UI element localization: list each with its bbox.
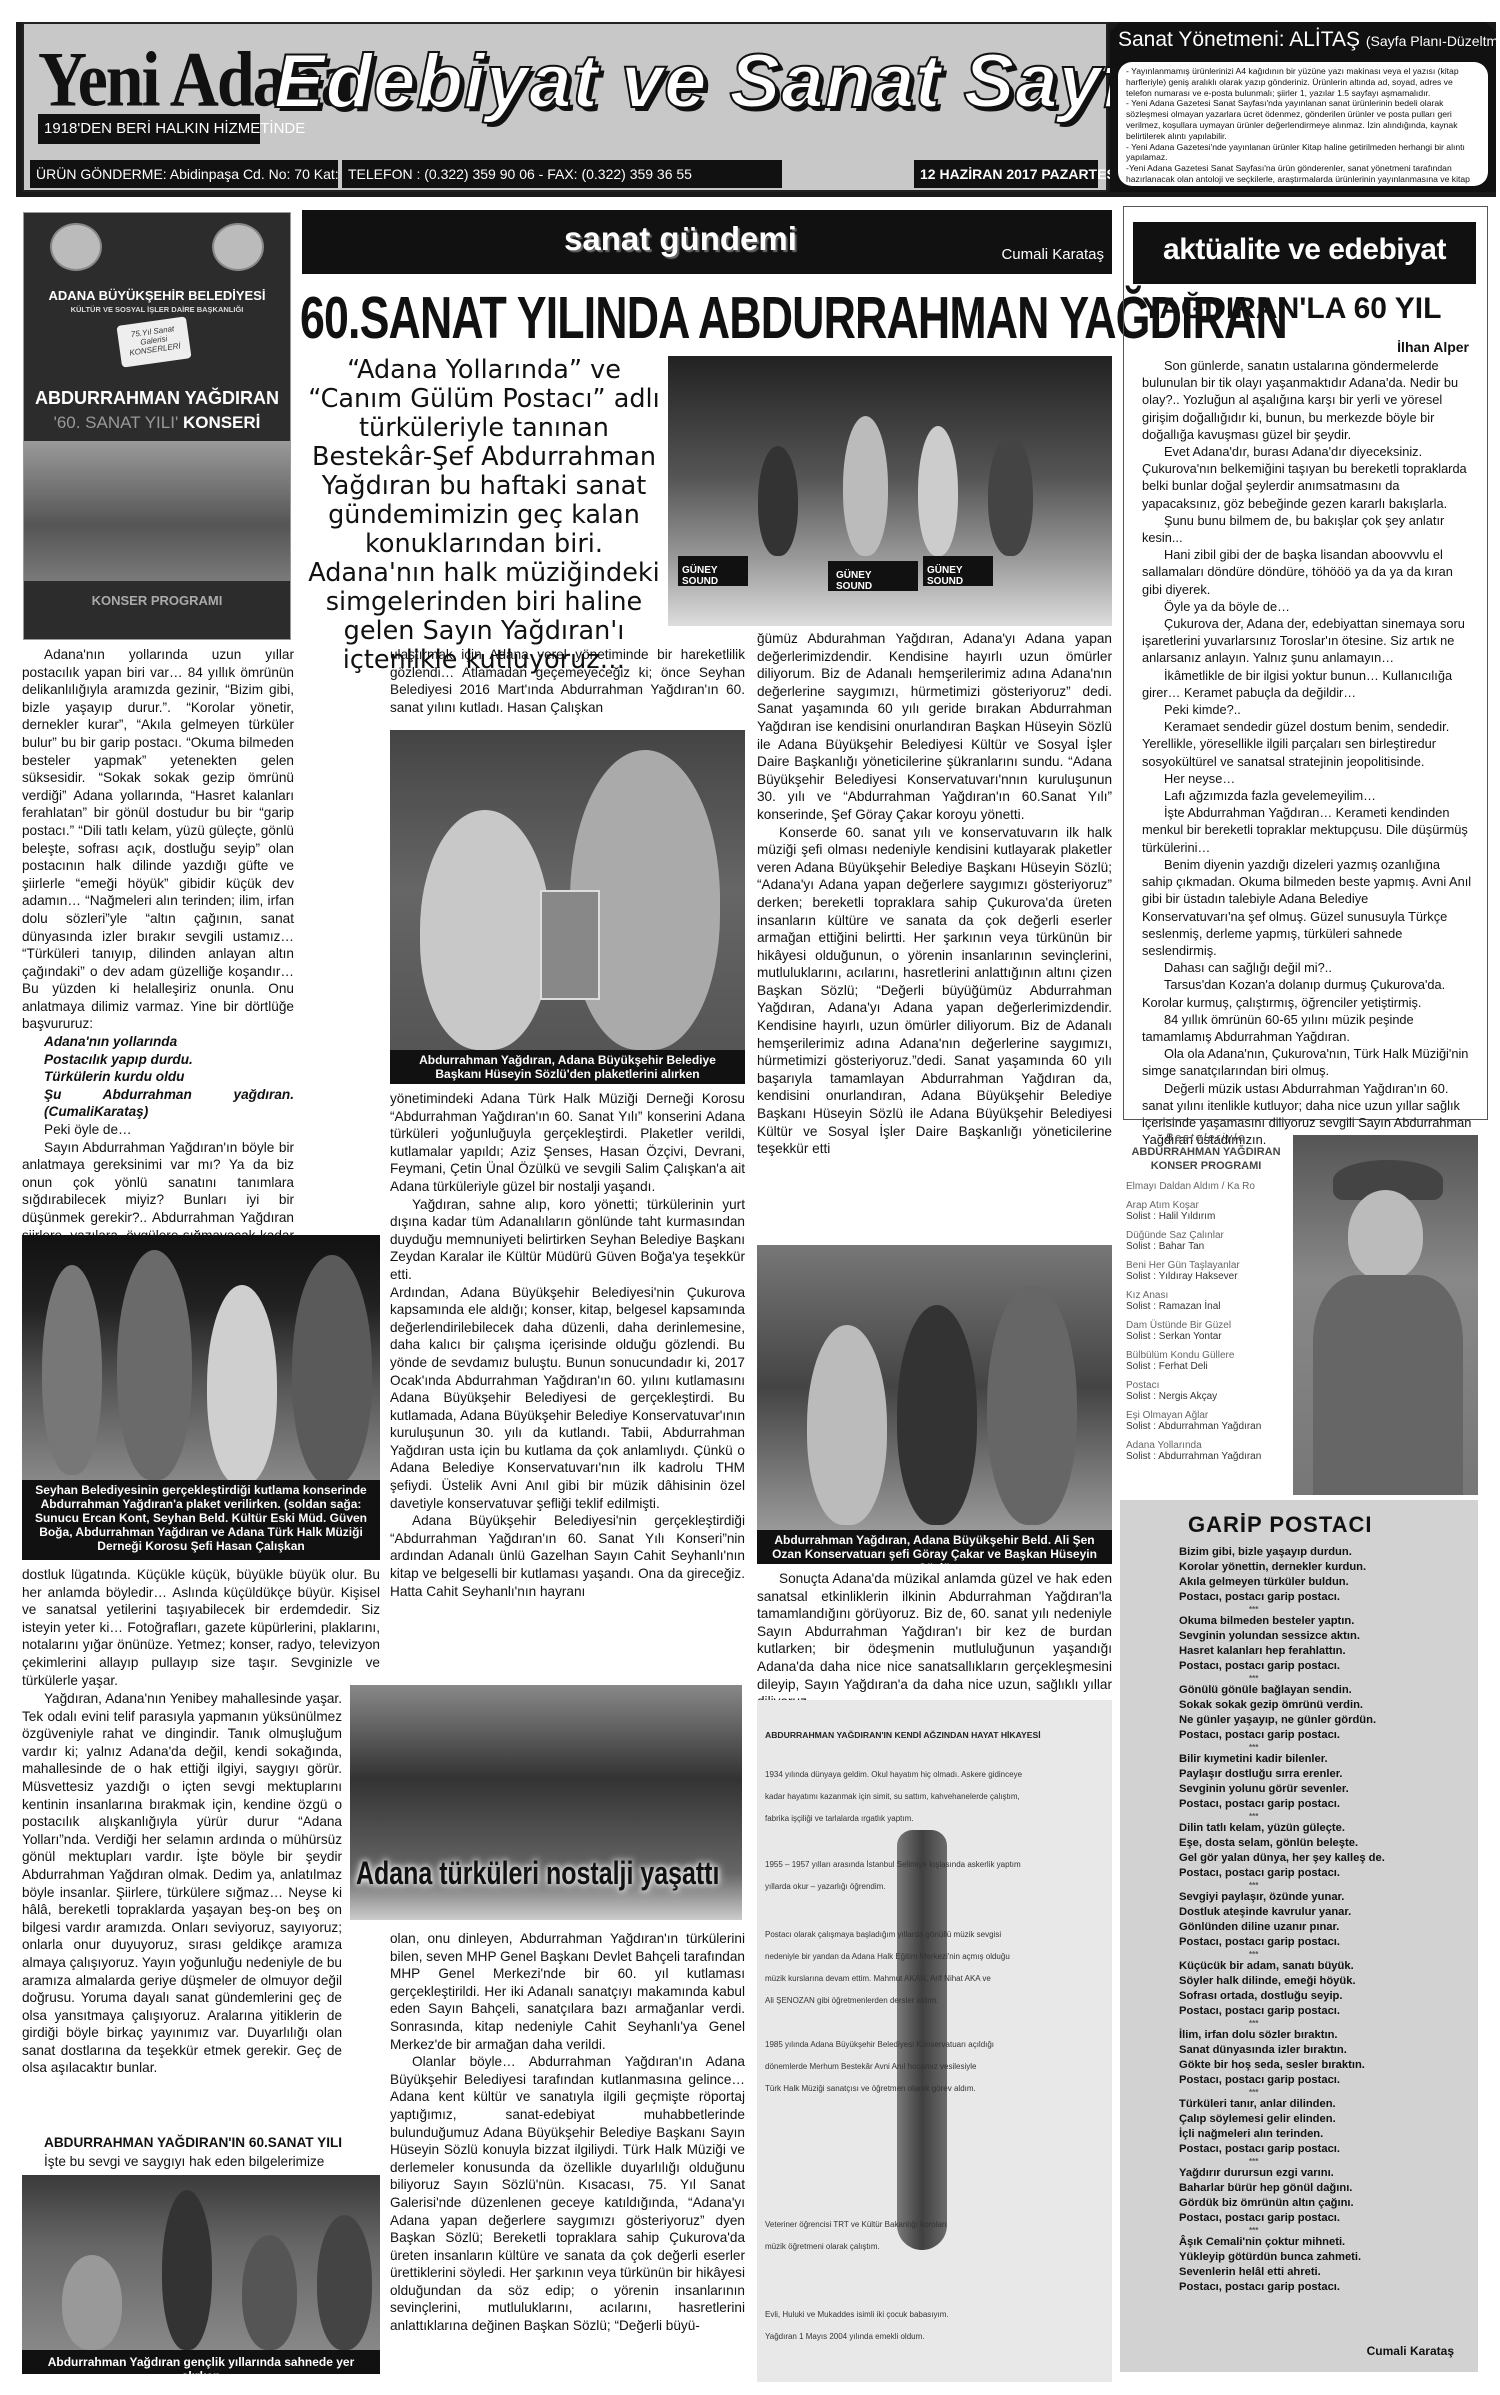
art-director-heading: Sanat Yönetmeni: ALİTAŞ (Sayfa Planı-Düz… bbox=[1110, 22, 1496, 58]
column-3-text-end: Sonuçta Adana'da müzikal anlamda güzel v… bbox=[757, 1570, 1112, 1711]
life-story-document-image: ABDURRAHMAN YAĞDIRAN'IN KENDİ AĞZINDAN H… bbox=[757, 1700, 1112, 2382]
plaque-ceremony-photo bbox=[390, 730, 745, 1050]
poem-line: Sanat dünyasında izler bıraktın. bbox=[1179, 2043, 1469, 2058]
municipality-seal-icon bbox=[212, 223, 264, 271]
poem-line: Sokak sokak gezip ömrünü verdin. bbox=[1179, 1698, 1469, 1713]
poem-line: Küçücük bir adam, sanatı büyük. bbox=[1179, 1959, 1469, 1974]
poem-line: Gökte bir hoş seda, sesler bıraktın. bbox=[1179, 2058, 1469, 2073]
postman-portrait-photo bbox=[1293, 1135, 1478, 1495]
poem-line: Korolar yönettin, dernekler kurdun. bbox=[1179, 1560, 1469, 1575]
art-director-panel: Sanat Yönetmeni: ALİTAŞ (Sayfa Planı-Düz… bbox=[1110, 22, 1496, 192]
poem-line: Türküleri tanır, anlar dilinden. bbox=[1179, 2097, 1469, 2112]
aktualite-box: aktüalite ve edebiyat YAĞDIRAN'LA 60 YIL… bbox=[1123, 206, 1488, 1120]
poem-line: Okuma bilmeden besteler yaptın. bbox=[1179, 1614, 1469, 1629]
poem-line: Eşe, dosta selam, gönlün beleşte. bbox=[1179, 1836, 1469, 1851]
column-2-text-cont: yönetimindeki Adana Türk Halk Müziği Der… bbox=[390, 1090, 745, 1600]
section-banner-sanat-gundemi: sanat gündemi Cumali Karataş bbox=[302, 210, 1112, 274]
poem-title: GARİP POSTACI bbox=[1188, 1512, 1373, 1538]
poem-line: Yükleyip götürdün bunca zahmeti. bbox=[1179, 2250, 1469, 2265]
concert-stage-photo: GÜNEY SOUND GÜNEY SOUND GÜNEY SOUND bbox=[668, 356, 1112, 626]
poster-org: ADANA BÜYÜKŞEHİR BELEDİYESİ bbox=[24, 288, 290, 303]
award-photo-caption: Abdurrahman Yağdıran, Adana Büyükşehir B… bbox=[757, 1530, 1112, 1564]
column-1-text-cont: dostluk lügatında. Küçükle küçük, büyükl… bbox=[22, 1566, 380, 1689]
poem-line: Sofrası ortada, dostluğu seyip. bbox=[1179, 1989, 1469, 2004]
page-title: Edebiyat ve Sanat Sayfası bbox=[274, 38, 1237, 125]
poem-body: Bizim gibi, bizle yaşayıp durdun.Korolar… bbox=[1179, 1545, 1469, 2296]
plaque-icon bbox=[540, 890, 600, 1000]
poem-line: Postacı, postacı garip postacı. bbox=[1179, 1797, 1469, 1812]
poem-line: Baharlar bürür hep gönül dağını. bbox=[1179, 2181, 1469, 2196]
poem-line: Gönlünden diline uzanır pınar. bbox=[1179, 1920, 1469, 1935]
concert-program: Besteleriyle ABDURRAHMAN YAĞDIRAN KONSER… bbox=[1126, 1131, 1286, 1462]
poem-line: İçli nağmeleri alın terinden. bbox=[1179, 2127, 1469, 2142]
poem-line: Gel gör yalan dünya, her şey kalleş de. bbox=[1179, 1851, 1469, 1866]
column-1-last-line: İşte bu sevgi ve saygıyı hak eden bilgel… bbox=[44, 2153, 380, 2171]
concert-poster-image: ADANA BÜYÜKŞEHİR BELEDİYESİ KÜLTÜR VE SO… bbox=[23, 212, 291, 640]
speaker-sign: GÜNEY SOUND bbox=[828, 561, 918, 591]
main-headline: 60.SANAT YILINDA ABDURRAHMAN YAĞDIRAN bbox=[300, 284, 1005, 353]
column-1-subhead: ABDURRAHMAN YAĞDIRAN'IN 60.SANAT YILI bbox=[44, 2135, 380, 2150]
poem-line: Ne günler yaşayıp, ne günler gördün. bbox=[1179, 1713, 1469, 1728]
poem-line: Postacı, postacı garip postacı. bbox=[1179, 1935, 1469, 1950]
poem-line: Paylaşır dostluğu sırra erenler. bbox=[1179, 1767, 1469, 1782]
poem-line: Çalıp söylemesi gelir elinden. bbox=[1179, 2112, 1469, 2127]
poem-line: Postacı, postacı garip postacı. bbox=[1179, 1590, 1469, 1605]
masthead-panel: Yeni Adana 1918'DEN BERİ HALKIN HİZMETİN… bbox=[22, 22, 1108, 192]
masthead: Yeni Adana 1918'DEN BERİ HALKIN HİZMETİN… bbox=[16, 22, 1500, 200]
poem-line: Sevgiyi paylaşır, özünde yunar. bbox=[1179, 1890, 1469, 1905]
seyhan-photo-caption: Seyhan Belediyesinin gerçekleştirdiği ku… bbox=[22, 1480, 380, 1560]
poem-line: Postacı, postacı garip postacı. bbox=[1179, 1728, 1469, 1743]
poem-line: Postacı, postacı garip postacı. bbox=[1179, 2004, 1469, 2019]
group-photo: Adana türküleri nostalji yaşattı bbox=[350, 1685, 742, 1920]
column-1-text-cont-2: Yağdıran, Adana'nın Yenibey mahallesinde… bbox=[22, 1690, 342, 2077]
poem-line: Postacı, postacı garip postacı. bbox=[1179, 1866, 1469, 1881]
speaker-sign: GÜNEY SOUND bbox=[923, 556, 993, 586]
poster-stage-photo bbox=[24, 441, 290, 581]
municipality-seal-icon bbox=[50, 223, 102, 271]
banner-headline: Adana türküleri nostalji yaşattı bbox=[356, 1855, 719, 1892]
submission-rules: - Yayınlanmamış ürünlerinizi A4 kağıdını… bbox=[1118, 62, 1488, 186]
poem-line: Âşık Cemali'nin çoktur mihneti. bbox=[1179, 2235, 1469, 2250]
column-2-text-end: olan, onu dinleyen, Abdurrahman Yağdıran… bbox=[390, 1930, 745, 2335]
poem-line: Yağdırır durursun ezgi varını. bbox=[1179, 2166, 1469, 2181]
article-body: Son günlerde, sanatın ustalarına gönderm… bbox=[1142, 357, 1472, 1148]
poem-line: Hasret kalanları hep ferahlattın. bbox=[1179, 1644, 1469, 1659]
phone-fax: TELEFON : (0.322) 359 90 06 - FAX: (0.32… bbox=[342, 160, 782, 188]
poem-line: Gönülü gönüle bağlayan sendin. bbox=[1179, 1683, 1469, 1698]
quoted-verse: Adana'nın yollarında Postacılık yapıp du… bbox=[22, 1033, 294, 1121]
article-title: YAĞDIRAN'LA 60 YIL bbox=[1142, 292, 1441, 326]
poem-line: Sevginin yolundan sessizce aktın. bbox=[1179, 1629, 1469, 1644]
section-title: sanat gündemi bbox=[564, 220, 797, 258]
poem-line: Gördük biz ömrünün altın çağını. bbox=[1179, 2196, 1469, 2211]
poem-line: İlim, irfan dolu sözler bıraktın. bbox=[1179, 2028, 1469, 2043]
poem-line: Sevginin yolunu görür sevenler. bbox=[1179, 1782, 1469, 1797]
poem-line: Postacı, postacı garip postacı. bbox=[1179, 2142, 1469, 2157]
poem-line: Postacı, postacı garip postacı. bbox=[1179, 2211, 1469, 2226]
award-photo bbox=[757, 1245, 1112, 1530]
seyhan-ceremony-photo bbox=[22, 1235, 380, 1480]
poster-program-label: KONSER PROGRAMI bbox=[24, 593, 290, 608]
plaque-photo-caption: Abdurrahman Yağdıran, Adana Büyükşehir B… bbox=[390, 1050, 745, 1084]
poem-garip-postaci: GARİP POSTACI Bizim gibi, bizle yaşayıp … bbox=[1120, 1500, 1478, 2372]
article-author: İlhan Alper bbox=[1397, 339, 1469, 355]
youth-stage-photo bbox=[22, 2175, 380, 2350]
poem-author: Cumali Karataş bbox=[1367, 2344, 1454, 2358]
section-banner-aktualite: aktüalite ve edebiyat bbox=[1133, 222, 1476, 284]
youth-photo-caption: Abdurrahman Yağdıran gençlik yıllarında … bbox=[22, 2350, 380, 2374]
poster-org-sub: KÜLTÜR VE SOSYAL İŞLER DAİRE BAŞKANLIĞI bbox=[24, 305, 290, 314]
poem-line: Bilir kıymetini kadir bilenler. bbox=[1179, 1752, 1469, 1767]
column-2-text: ulaştırmak için Adana yerel yönetiminde … bbox=[390, 646, 745, 716]
column-3-text: ğümüz Abdurahman Yağdıran, Adana'yı Adan… bbox=[757, 630, 1112, 1158]
poem-line: Akıla gelmeyen türküler buldun. bbox=[1179, 1575, 1469, 1590]
ribbon-badge: 75.Yıl Sanat Galerisi KONSERLERİ bbox=[116, 316, 191, 367]
document-title: ABDURRAHMAN YAĞDIRAN'IN KENDİ AĞZINDAN H… bbox=[765, 1730, 1041, 1740]
poem-line: Dilin tatlı kelam, yüzün güleçte. bbox=[1179, 1821, 1469, 1836]
article-deck: “Adana Yollarında” ve “Canım Gülüm Posta… bbox=[303, 356, 665, 675]
poster-konser: '60. SANAT YILI' KONSERİ bbox=[24, 413, 290, 433]
poem-line: Postacı, postacı garip postacı. bbox=[1179, 2280, 1469, 2295]
poem-line: Sevenlerin helâl etti ahreti. bbox=[1179, 2265, 1469, 2280]
poem-line: Dostluk ateşinde kavrulur yanar. bbox=[1179, 1905, 1469, 1920]
poster-name: ABDURRAHMAN YAĞDIRAN bbox=[24, 388, 290, 409]
poem-line: Söyler halk dilinde, emeği höyük. bbox=[1179, 1974, 1469, 1989]
poem-line: Postacı, postacı garip postacı. bbox=[1179, 1659, 1469, 1674]
poem-line: Postacı, postacı garip postacı. bbox=[1179, 2073, 1469, 2088]
speaker-sign: GÜNEY SOUND bbox=[678, 556, 748, 586]
submission-address: ÜRÜN GÖNDERME: Abidinpaşa Cd. No: 70 Kat… bbox=[30, 160, 338, 188]
section-author: Cumali Karataş bbox=[1001, 246, 1104, 263]
issue-date: 12 HAZİRAN 2017 PAZARTESİ bbox=[914, 160, 1098, 188]
poem-line: Bizim gibi, bizle yaşayıp durdun. bbox=[1179, 1545, 1469, 1560]
slogan: 1918'DEN BERİ HALKIN HİZMETİNDE bbox=[38, 114, 260, 144]
